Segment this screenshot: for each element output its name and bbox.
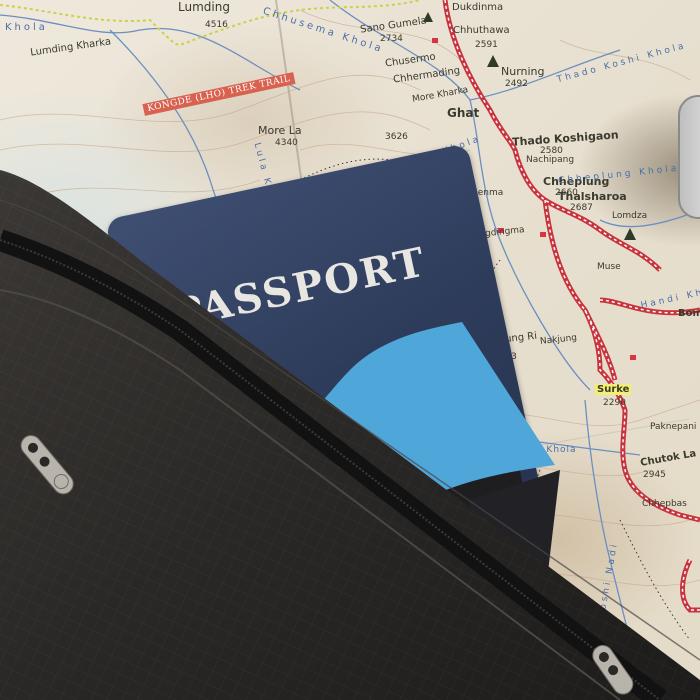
photo-scene: KONGDE (LHO) TREK TRAIL Lumding 4516 Lum… [0, 0, 700, 700]
phone-edge [678, 95, 700, 219]
zipper-pull-icon [0, 0, 700, 700]
